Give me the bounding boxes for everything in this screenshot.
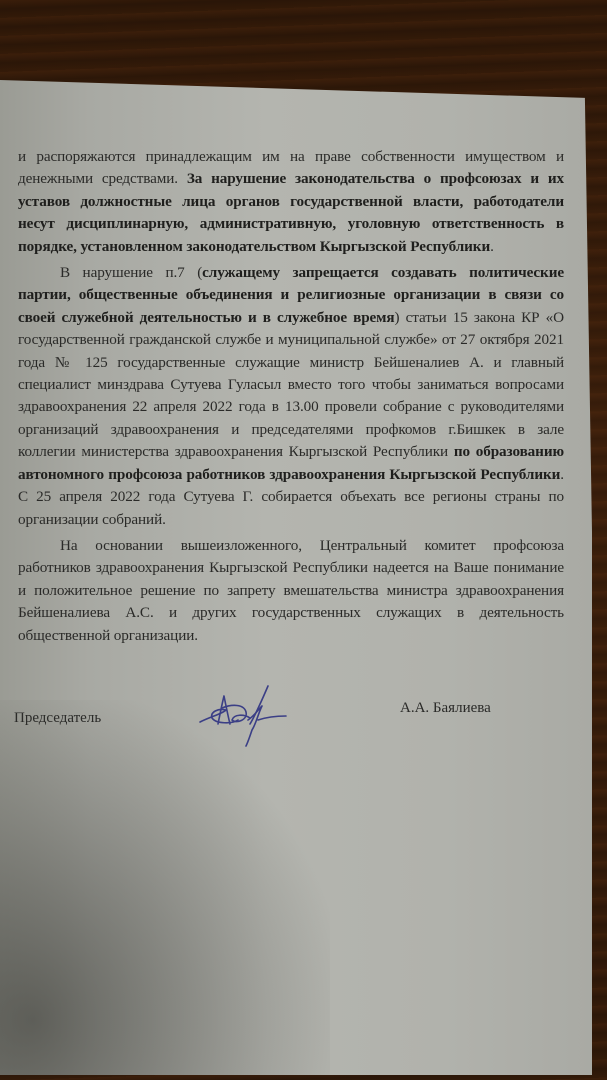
signature-block: Председатель А.А. Баялиева	[0, 680, 592, 760]
handwritten-signature-icon	[192, 680, 292, 750]
signatory-role: Председатель	[14, 710, 101, 727]
text-segment: ) статьи 15 закона КР «О государственной…	[18, 309, 564, 460]
paragraph-liability: и распоряжаются принадлежащим им на прав…	[18, 146, 564, 258]
letter-page: и распоряжаются принадлежащим им на прав…	[0, 80, 592, 1075]
letter-body: и распоряжаются принадлежащим им на прав…	[18, 146, 564, 647]
paragraph-request: На основании вышеизложенного, Центральны…	[18, 535, 564, 647]
text-segment: На основании вышеизложенного, Центральны…	[18, 537, 564, 644]
text-segment: В нарушение п.7 (	[60, 264, 202, 281]
signatory-name: А.А. Баялиева	[400, 700, 491, 717]
text-segment: .	[490, 238, 494, 255]
paragraph-violation: В нарушение п.7 (служащему запрещается с…	[18, 262, 564, 531]
